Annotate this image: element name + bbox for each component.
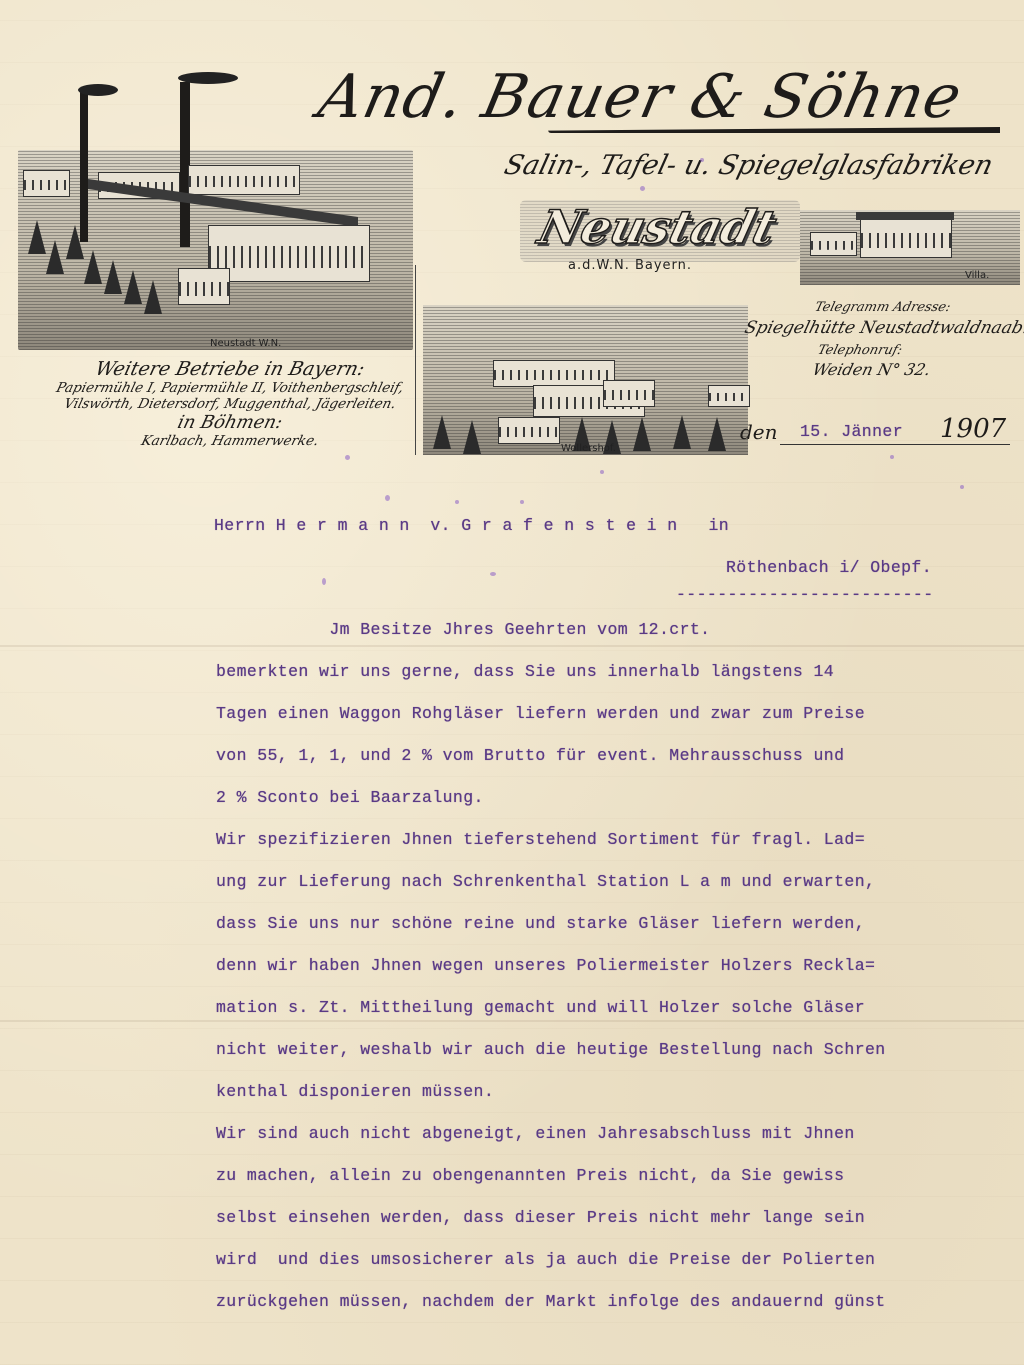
body-line: kenthal disponieren müssen. xyxy=(216,1082,886,1124)
ink-spot xyxy=(490,572,496,576)
date-year: 1907 xyxy=(940,414,1006,444)
tree-icon xyxy=(84,250,102,284)
phone-label: Telephonruf: xyxy=(816,343,904,358)
tree-icon xyxy=(708,417,726,451)
recipient-place-line: Röthenbach i/ Obepf. xyxy=(726,558,932,577)
body-line: denn wir haben Jhnen wegen unseres Polie… xyxy=(216,956,886,998)
date-typed: 15. Jänner xyxy=(800,422,903,441)
date-underline xyxy=(780,444,1010,445)
ink-spot xyxy=(960,485,964,489)
telegram-address: Spiegelhütte Neustadtwaldnaab. xyxy=(743,318,1024,338)
tree-icon xyxy=(124,270,142,304)
body-line: von 55, 1, 1, und 2 % vom Brutto für eve… xyxy=(216,746,886,788)
ink-spot xyxy=(345,455,350,460)
branches-bohmen-line: Karlbach, Hammerwerke. xyxy=(38,433,422,449)
body-line: Tagen einen Waggon Rohgläser liefern wer… xyxy=(216,704,886,746)
letterhead-divider xyxy=(415,265,416,455)
wollershof-caption: Wollershof. xyxy=(561,443,616,454)
tree-icon xyxy=(66,225,84,259)
tree-icon xyxy=(433,415,451,449)
ink-spot xyxy=(600,470,604,474)
body-line: zurückgehen müssen, nachdem der Markt in… xyxy=(216,1292,886,1334)
body-line: selbst einsehen werden, dass dieser Prei… xyxy=(216,1208,886,1250)
tree-icon xyxy=(104,260,122,294)
body-line: dass Sie uns nur schöne reine und starke… xyxy=(216,914,886,956)
villa-building-icon xyxy=(860,218,952,258)
city-region: a.d.W.N. Bayern. xyxy=(568,258,692,273)
firm-name: And. Bauer & Söhne xyxy=(313,62,969,132)
building-icon xyxy=(178,268,230,305)
tree-icon xyxy=(673,415,691,449)
recipient-name-line: Herrn H e r m a n n v. G r a f e n s t e… xyxy=(214,516,729,535)
body-line: wird und dies umsosicherer als ja auch d… xyxy=(216,1250,886,1292)
body-line: mation s. Zt. Mittheilung gemacht und wi… xyxy=(216,998,886,1040)
tree-icon xyxy=(28,220,46,254)
phone-number: Weiden N° 32. xyxy=(811,360,933,379)
letter-body: Jm Besitze Jhres Geehrten vom 12.crt. be… xyxy=(216,620,886,1334)
city-name: Neustadt xyxy=(533,200,782,254)
chimney-icon xyxy=(80,92,88,242)
branches-heading-bayern: Weitere Betriebe in Bayern: xyxy=(37,358,422,380)
branches-block: Weitere Betriebe in Bayern: Papiermühle … xyxy=(40,358,420,449)
body-line: ung zur Lieferung nach Schrenkenthal Sta… xyxy=(216,872,886,914)
building-icon xyxy=(498,417,560,444)
factory-engraving: Neustadt W.N. xyxy=(18,150,413,350)
body-line: Jm Besitze Jhres Geehrten vom 12.crt. xyxy=(216,620,886,662)
ink-spot xyxy=(322,578,326,585)
branches-bayern-line: Vilswörth, Dietersdorf, Muggenthal, Jäge… xyxy=(38,396,422,412)
factory-caption: Neustadt W.N. xyxy=(210,338,281,349)
date-line: den 15. Jänner 1907 xyxy=(740,420,778,444)
body-line: Wir spezifizieren Jhnen tieferstehend So… xyxy=(216,830,886,872)
telegram-label: Telegramm Adresse: xyxy=(813,300,952,315)
villa-caption: Villa. xyxy=(965,270,989,281)
body-line: bemerkten wir uns gerne, dass Sie uns in… xyxy=(216,662,886,704)
tree-icon xyxy=(633,417,651,451)
ink-spot xyxy=(455,500,459,504)
ink-spot xyxy=(385,495,390,501)
roof-icon xyxy=(856,212,954,220)
smoke-icon xyxy=(78,84,118,96)
ink-spot xyxy=(520,500,524,504)
factory-hall-icon xyxy=(208,225,370,282)
body-line: zu machen, allein zu obengenannten Preis… xyxy=(216,1166,886,1208)
ink-spot xyxy=(640,186,645,191)
building-icon xyxy=(188,165,300,195)
building-icon xyxy=(23,170,70,197)
building-icon xyxy=(493,360,615,387)
firm-subtitle: Salin-, Tafel- u. Spiegelglasfabriken xyxy=(501,150,996,181)
branches-bayern-line: Papiermühle I, Papiermühle II, Voithenbe… xyxy=(38,380,422,396)
body-line: Wir sind auch nicht abgeneigt, einen Jah… xyxy=(216,1124,886,1166)
body-line: 2 % Sconto bei Baarzalung. xyxy=(216,788,886,830)
ink-spot xyxy=(700,158,704,162)
recipient-underline: ------------------------- xyxy=(676,585,934,604)
tree-icon xyxy=(144,280,162,314)
villa-engraving: Villa. xyxy=(800,210,1020,285)
wollershof-engraving: Wollershof. xyxy=(423,305,748,455)
ink-spot xyxy=(890,455,894,459)
smoke-icon xyxy=(178,72,238,84)
branches-heading-bohmen: in Böhmen: xyxy=(37,412,422,433)
building-icon xyxy=(708,385,750,407)
date-prefix: den xyxy=(740,420,778,444)
body-line: nicht weiter, weshalb wir auch die heuti… xyxy=(216,1040,886,1082)
building-icon xyxy=(810,232,857,256)
tree-icon xyxy=(46,240,64,274)
building-icon xyxy=(603,380,655,407)
tree-icon xyxy=(463,420,481,454)
